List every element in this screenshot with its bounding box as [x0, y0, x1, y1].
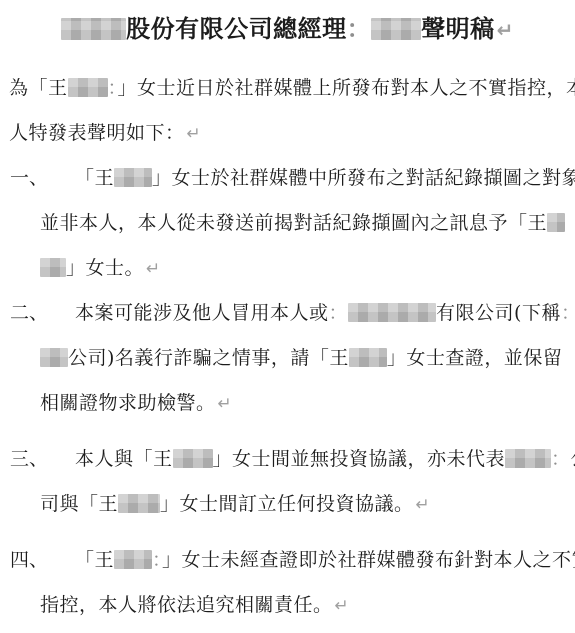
- item-number: 二、: [10, 291, 48, 336]
- text-run: 股份有限公司總經理: [126, 14, 347, 43]
- text-run: 人特發表聲明如下：: [9, 122, 185, 144]
- redaction-block: [505, 449, 551, 468]
- redaction-block: [114, 550, 152, 569]
- text-run: 」女士近日於社群媒體上所發布對本人之不實指控，本: [118, 77, 575, 99]
- text-run: 「王: [75, 167, 114, 189]
- redaction-block: [348, 303, 436, 322]
- text-run: 」女士間並無投資協議，亦未代表: [213, 448, 506, 470]
- item-number: 三、: [10, 437, 48, 482]
- paragraph-return-mark-icon: ↵: [414, 495, 431, 515]
- text-run: 」女士。: [66, 257, 144, 279]
- text-line: 」女士。↵: [0, 246, 575, 291]
- text-line: 「王：」女士未經查證即於社群媒體發布針對本人之不實: [0, 538, 575, 583]
- paragraph-return-mark-icon: ↵: [185, 124, 202, 144]
- text-run: 」女士查證，並保留: [387, 347, 563, 369]
- text-line: 本案可能涉及他人冒用本人或：有限公司(下稱：: [0, 291, 575, 336]
- text-line: 「王」女士於社群媒體中所發布之對話紀錄擷圖之對象: [0, 156, 575, 201]
- statement-item: 二、本案可能涉及他人冒用本人或：有限公司(下稱：公司)名義行詐騙之情事，請「王」…: [0, 291, 575, 426]
- text-run: 「王: [75, 549, 114, 571]
- text-run: 公司)名義行詐騙之情事，請「王: [68, 347, 349, 369]
- text-run: 聲明稿: [421, 14, 495, 43]
- redaction-block: [61, 18, 126, 40]
- document-title: 股份有限公司總經理：聲明稿↵: [0, 9, 575, 50]
- intro-paragraph: 為「王：」女士近日於社群媒體上所發布對本人之不實指控，本人特發表聲明如下：↵: [0, 66, 575, 156]
- item-number: 四、: [10, 538, 48, 583]
- redaction-block: [547, 213, 565, 232]
- text-run: 」女士間訂立任何投資協議。: [160, 493, 414, 515]
- redaction-block: [118, 494, 160, 513]
- redaction-block: [68, 78, 108, 97]
- statement-item: 四、「王：」女士未經查證即於社群媒體發布針對本人之不實指控，本人將依法追究相關責…: [0, 538, 575, 628]
- text-line: 公司)名義行詐騙之情事，請「王」女士查證，並保留: [0, 336, 575, 381]
- redaction-block: [40, 348, 68, 367]
- partially-redacted-char: ：: [108, 77, 118, 99]
- partially-redacted-char: ：: [347, 14, 372, 43]
- partially-redacted-char: ：: [152, 549, 162, 571]
- paragraph-return-mark-icon: ↵: [144, 259, 161, 279]
- partially-redacted-char: ：: [551, 448, 571, 470]
- statement-items: 一、「王」女士於社群媒體中所發布之對話紀錄擷圖之對象並非本人，本人從未發送前揭對…: [0, 156, 575, 628]
- paragraph-return-mark-icon: ↵: [216, 394, 233, 414]
- redaction-block: [40, 258, 66, 277]
- partially-redacted-char: ：: [561, 302, 575, 324]
- item-number: 一、: [10, 156, 48, 201]
- text-run: 公: [571, 448, 575, 470]
- redaction-block: [371, 18, 421, 40]
- text-run: 有限公司(下稱: [436, 302, 561, 324]
- text-run: 司與「王: [40, 493, 118, 515]
- text-run: 為「王: [9, 77, 68, 99]
- text-run: 相關證物求助檢警。: [40, 392, 216, 414]
- statement-item: 三、本人與「王」女士間並無投資協議，亦未代表：公司與「王」女士間訂立任何投資協議…: [0, 437, 575, 527]
- text-run: 」女士未經查證即於社群媒體發布針對本人之不實: [162, 549, 575, 571]
- text-line: 為「王：」女士近日於社群媒體上所發布對本人之不實指控，本: [0, 66, 575, 111]
- redaction-block: [173, 449, 213, 468]
- text-run: 本人與「王: [75, 448, 173, 470]
- text-run: 指控，本人將依法追究相關責任。: [40, 594, 333, 616]
- partially-redacted-char: ：: [329, 302, 349, 324]
- text-run: 」女士於社群媒體中所發布之對話紀錄擷圖之對象: [152, 167, 575, 189]
- text-run: 本案可能涉及他人冒用本人或: [75, 302, 329, 324]
- statement-item: 一、「王」女士於社群媒體中所發布之對話紀錄擷圖之對象並非本人，本人從未發送前揭對…: [0, 156, 575, 291]
- text-run: 並非本人，本人從未發送前揭對話紀錄擷圖內之訊息予「王: [40, 212, 547, 234]
- text-line: 人特發表聲明如下：↵: [0, 111, 575, 156]
- redaction-block: [349, 348, 387, 367]
- paragraph-return-mark-icon: ↵: [333, 596, 350, 616]
- text-line: 本人與「王」女士間並無投資協議，亦未代表：公: [0, 437, 575, 482]
- paragraph-return-mark-icon: ↵: [495, 18, 514, 42]
- text-line: 指控，本人將依法追究相關責任。↵: [0, 583, 575, 628]
- document-page: 股份有限公司總經理：聲明稿↵ 為「王：」女士近日於社群媒體上所發布對本人之不實指…: [0, 0, 575, 633]
- redaction-block: [114, 168, 152, 187]
- text-line: 相關證物求助檢警。↵: [0, 381, 575, 426]
- text-line: 並非本人，本人從未發送前揭對話紀錄擷圖內之訊息予「王: [0, 201, 575, 246]
- text-line: 司與「王」女士間訂立任何投資協議。↵: [0, 482, 575, 527]
